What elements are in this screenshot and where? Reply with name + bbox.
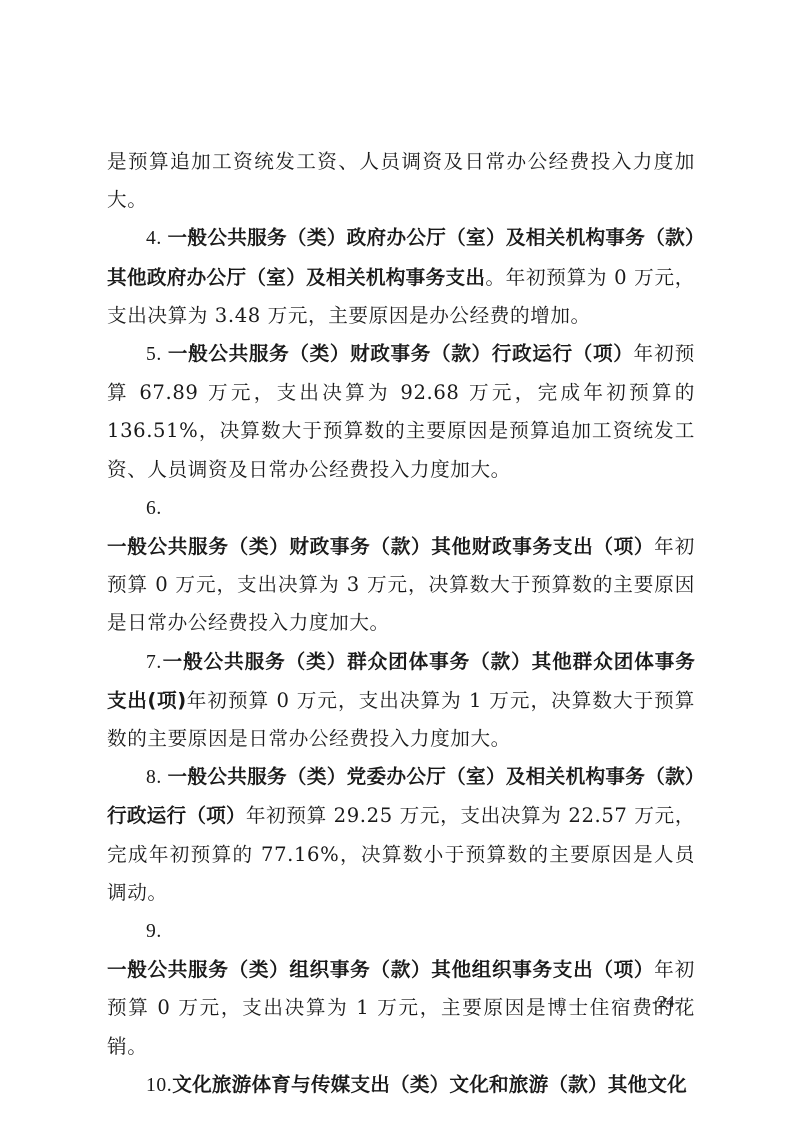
item-heading: 一般公共服务（类）财政事务（款）其他财政事务支出（项） xyxy=(107,535,654,558)
item-number: 10. xyxy=(146,1075,172,1096)
page-number: -24- xyxy=(652,992,680,1012)
item-heading: 一般公共服务（类）财政事务（款）行政运行（项） xyxy=(168,342,634,365)
item-number: 6. xyxy=(146,498,162,519)
paragraph-3-continuation: 是预算追加工资统发工资、人员调资及日常办公经费投入力度加大。 xyxy=(107,143,695,219)
paragraph-text: 年初预算 0 万元，支出决算为 1 万元，决算数大于预算数的主要原因是日常办公经… xyxy=(107,689,695,750)
paragraph-8: 8. 一般公共服务（类）党委办公厅（室）及相关机构事务（款）行政运行（项）年初预… xyxy=(107,758,695,912)
item-number: 9. xyxy=(146,921,162,942)
item-heading: 一般公共服务（类）组织事务（款）其他组织事务支出（项） xyxy=(107,958,654,981)
item-number: 8. xyxy=(146,767,168,788)
paragraph-6: 6.一般公共服务（类）财政事务（款）其他财政事务支出（项）年初预算 0 万元，支… xyxy=(107,489,695,643)
item-number: 7. xyxy=(146,652,162,673)
document-body: 是预算追加工资统发工资、人员调资及日常办公经费投入力度加大。 4. 一般公共服务… xyxy=(107,143,695,1105)
paragraph-7: 7.一般公共服务（类）群众团体事务（款）其他群众团体事务支出(项)年初预算 0 … xyxy=(107,643,695,759)
paragraph-5: 5. 一般公共服务（类）财政事务（款）行政运行（项）年初预算 67.89 万元，… xyxy=(107,335,695,489)
paragraph-4: 4. 一般公共服务（类）政府办公厅（室）及相关机构事务（款）其他政府办公厅（室）… xyxy=(107,219,695,335)
paragraph-9: 9.一般公共服务（类）组织事务（款）其他组织事务支出（项）年初预算 0 万元，支… xyxy=(107,912,695,1066)
paragraph-10: 10.文化旅游体育与传媒支出（类）文化和旅游（款）其他文化 xyxy=(107,1066,695,1105)
item-heading: 文化旅游体育与传媒支出（类）文化和旅游（款）其他文化 xyxy=(172,1073,687,1096)
item-number: 5. xyxy=(146,344,168,365)
paragraph-text: 是预算追加工资统发工资、人员调资及日常办公经费投入力度加大。 xyxy=(107,150,695,211)
item-number: 4. xyxy=(146,228,168,249)
